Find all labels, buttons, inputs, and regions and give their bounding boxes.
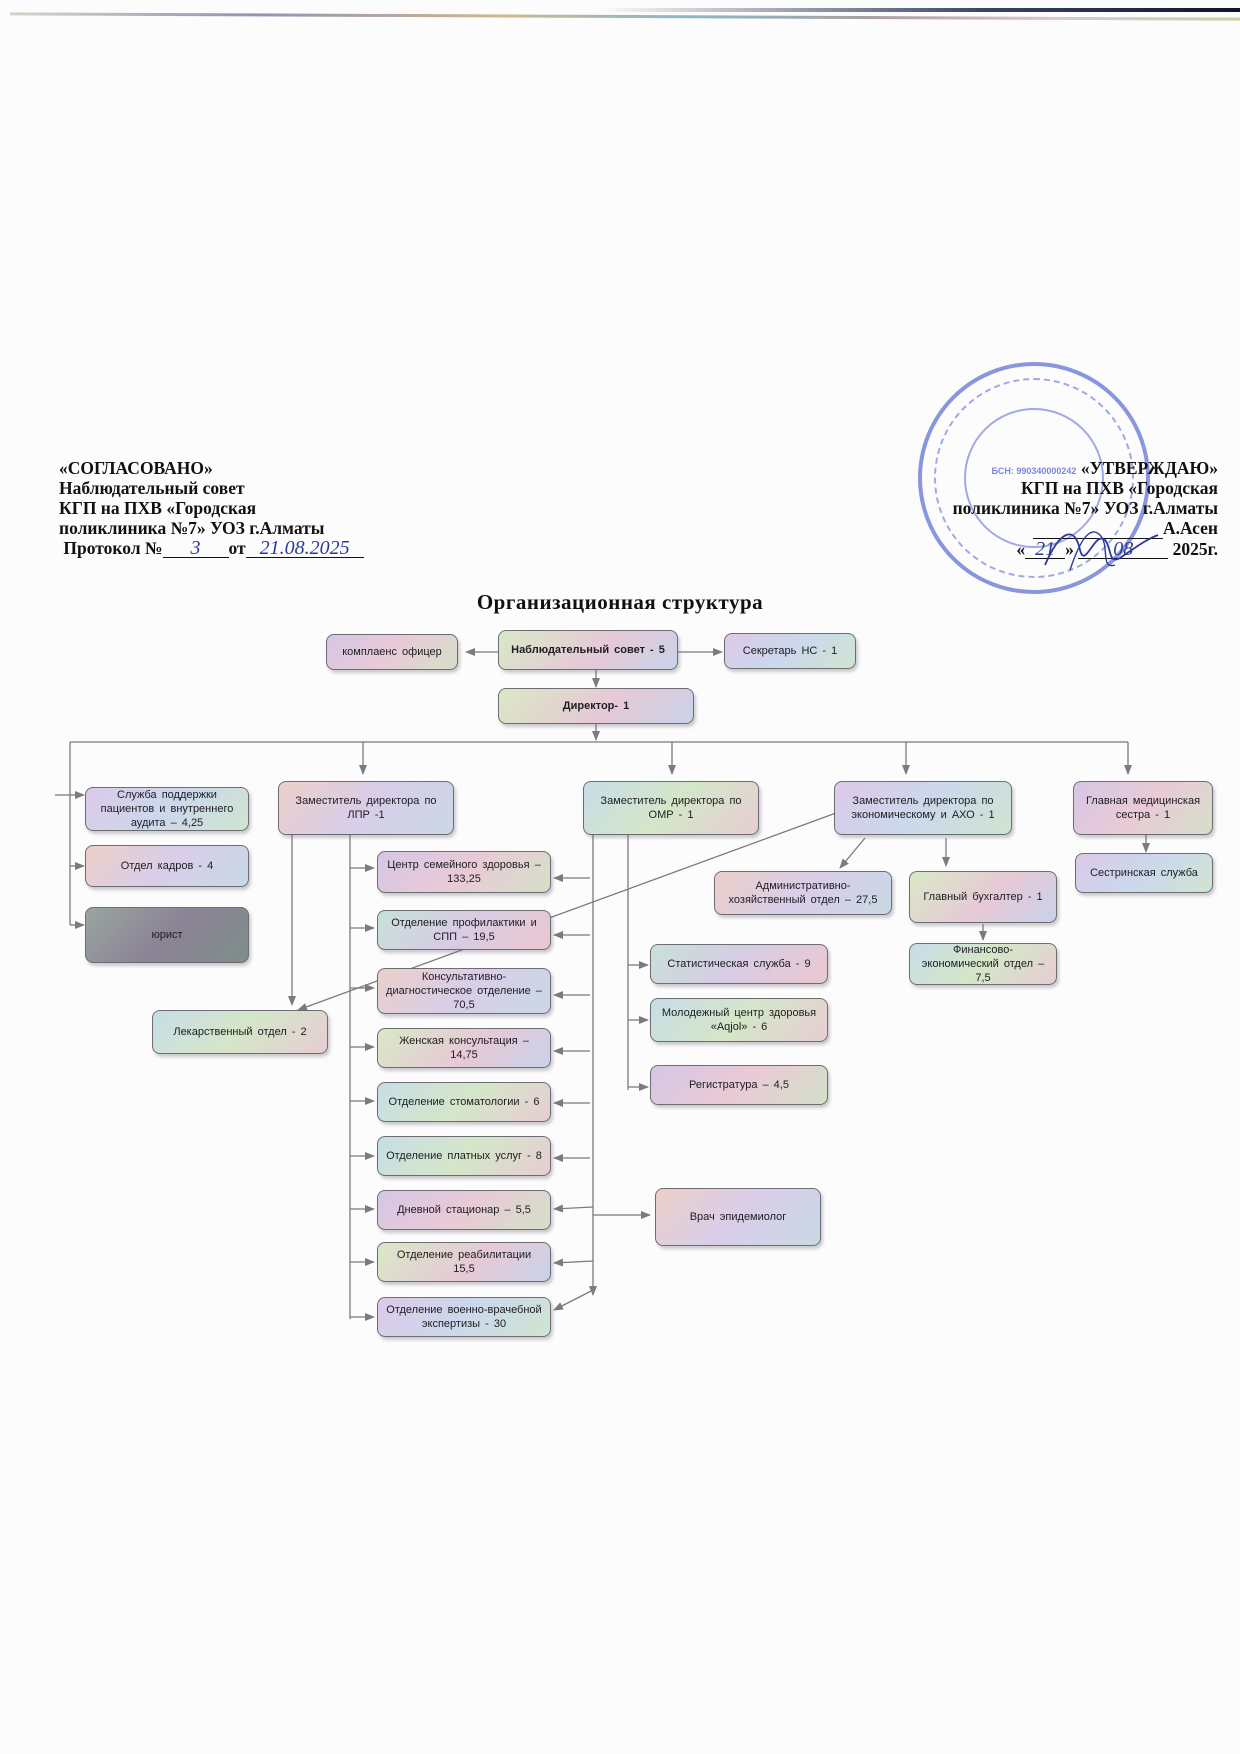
womens-consultation-box: Женская консультация – 14,75 — [377, 1028, 551, 1068]
deputy-lpr-box: Заместитель директора по ЛПР -1 — [278, 781, 454, 835]
head-nurse-box: Главная медицинская сестра - 1 — [1073, 781, 1213, 835]
military-expertise-dept-box: Отделение военно-врачебной экспертизы - … — [377, 1297, 551, 1337]
chief-accountant-box: Главный бухгалтер - 1 — [909, 871, 1057, 923]
dentistry-dept-box: Отделение стоматологии - 6 — [377, 1082, 551, 1122]
director-box: Директор- 1 — [498, 688, 694, 724]
hr-department-box: Отдел кадров - 4 — [85, 845, 249, 887]
epidemiologist-box: Врач эпидемиолог — [655, 1188, 821, 1246]
registry-box: Регистратура – 4,5 — [650, 1065, 828, 1105]
deputy-omr-box: Заместитель директора по ОМР - 1 — [583, 781, 759, 835]
lawyer-box: юрист — [85, 907, 249, 963]
nursing-service-box: Сестринская служба — [1075, 853, 1213, 893]
family-health-center-box: Центр семейного здоровья – 133,25 — [377, 851, 551, 893]
deputy-econ-box: Заместитель директора по экономическому … — [834, 781, 1012, 835]
consult-diag-dept-box: Консультативно-диагностическое отделение… — [377, 968, 551, 1014]
patient-support-box: Служба поддержки пациентов и внутреннего… — [85, 787, 249, 831]
day-hospital-box: Дневной стационар – 5,5 — [377, 1190, 551, 1230]
rehab-dept-box: Отделение реабилитации 15,5 — [377, 1242, 551, 1282]
fin-econ-dept-box: Финансово-экономический отдел – 7,5 — [909, 943, 1057, 985]
prevention-dept-box: Отделение профилактики и СПП – 19,5 — [377, 910, 551, 950]
paid-services-dept-box: Отделение платных услуг - 8 — [377, 1136, 551, 1176]
statistics-service-box: Статистическая служба - 9 — [650, 944, 828, 984]
supervisory-board-box: Наблюдательный совет - 5 — [498, 630, 678, 670]
pharmacy-box: Лекарственный отдел - 2 — [152, 1010, 328, 1054]
compliance-officer-box: комплаенс офицер — [326, 634, 458, 670]
youth-health-center-box: Молодежный центр здоровья «Aqjol» - 6 — [650, 998, 828, 1042]
admin-econ-dept-box: Административно-хозяйственный отдел – 27… — [714, 871, 892, 915]
board-secretary-box: Секретарь НС - 1 — [724, 633, 856, 669]
